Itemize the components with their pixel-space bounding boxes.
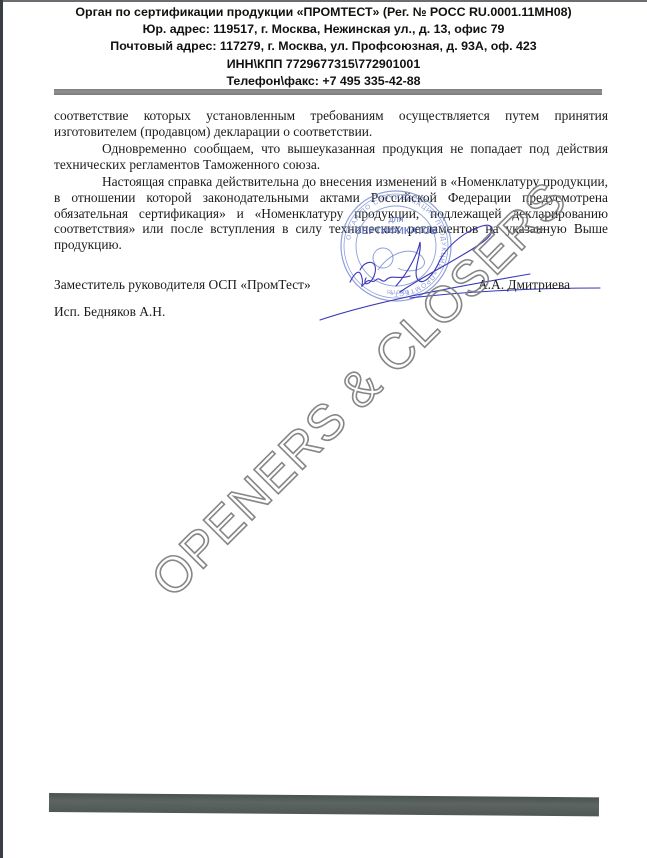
letterhead-title: Орган по сертификации продукции «ПРОМТЕС… <box>0 4 647 21</box>
executor-name: Исп. Бедняков А.Н. <box>54 304 165 320</box>
letterhead-legal-address: Юр. адрес: 119517, г. Москва, Нежинская … <box>0 21 647 38</box>
letterhead-divider <box>54 89 602 95</box>
letterhead-postal-address: Почтовый адрес: 117279, г. Москва, ул. П… <box>0 38 647 55</box>
paragraph-2: Одновременно сообщаем, что вышеуказанная… <box>54 141 608 172</box>
letterhead-inn-kpp: ИНН\КПП 7729677315\772901001 <box>0 56 647 73</box>
paragraph-1: соответствие которых установленным требо… <box>54 108 608 139</box>
signatory-position: Заместитель руководителя ОСП «ПромТест» <box>54 277 311 293</box>
letterhead: Орган по сертификации продукции «ПРОМТЕС… <box>0 4 647 90</box>
letterhead-phone-fax: Телефон\факс: +7 495 335-42-88 <box>0 73 647 90</box>
